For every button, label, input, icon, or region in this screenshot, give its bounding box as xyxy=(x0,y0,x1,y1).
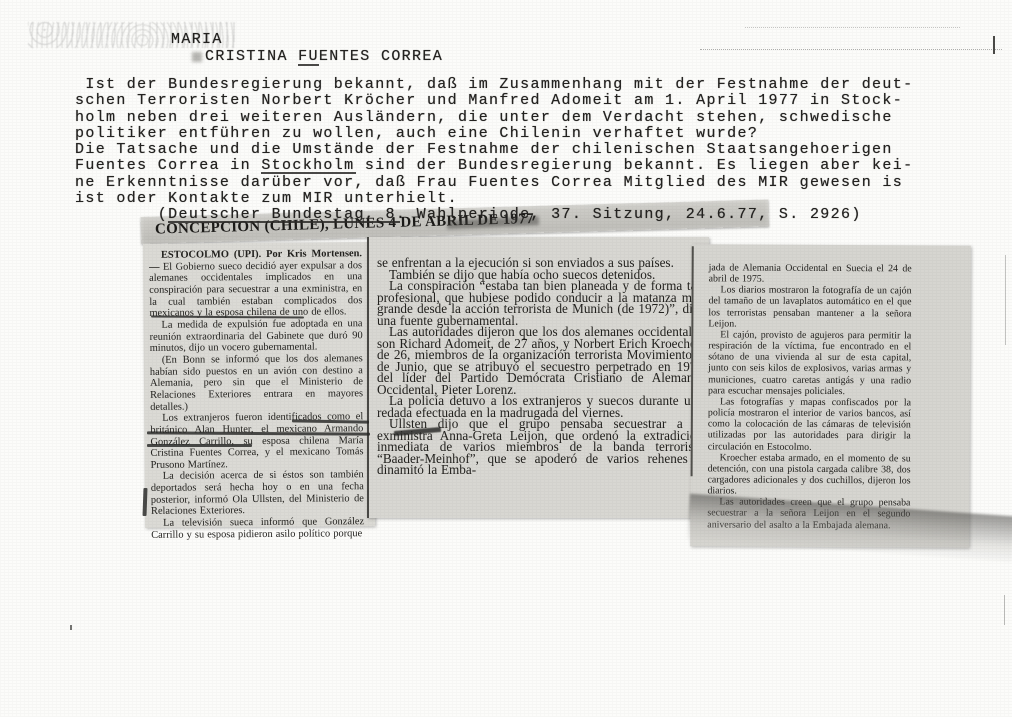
typed-line: ne Erkenntnisse darüber vor, daß Frau Fu… xyxy=(75,175,913,191)
article-paragraph: La medida de expulsión fue adoptada en u… xyxy=(149,318,362,355)
typed-underline-bundestag xyxy=(168,221,400,223)
article-paragraph: Las autoridades creen que el grupo pensa… xyxy=(707,497,910,532)
column-2-text: se enfrentan a la ejecución si son envia… xyxy=(377,257,703,476)
column-3-text: jada de Alemania Occidental en Suecia el… xyxy=(707,262,911,531)
article-paragraph: La televisión sueca informó que González… xyxy=(151,516,364,541)
typed-smudge xyxy=(192,52,202,62)
article-paragraph: Los diarios mostraron la fotografía de u… xyxy=(708,285,911,331)
scan-mark xyxy=(993,36,995,54)
newspaper-column-3: jada de Alemania Occidental en Suecia el… xyxy=(690,244,971,547)
typed-name-line-1: MARIA xyxy=(171,31,223,48)
scan-dotted-line xyxy=(745,27,960,28)
article-paragraph: jada de Alemania Occidental en Suecia el… xyxy=(709,262,912,285)
typed-line: schen Terroristen Norbert Kröcher und Ma… xyxy=(75,93,913,109)
typed-question-block: Ist der Bundesregierung bekannt, daß im … xyxy=(75,77,913,224)
typed-line: Die Tatsache und die Umstände der Festna… xyxy=(75,142,913,158)
typed-underline xyxy=(298,64,319,66)
scan-edge-line xyxy=(1005,255,1006,345)
scan-dotted-line xyxy=(700,49,1002,50)
column-1-paragraphs: La medida de expulsión fue adoptada en u… xyxy=(149,318,364,541)
newspaper-column-1: ESTOCOLMO (UPI). Por Kris Mortensen.— El… xyxy=(143,242,375,528)
typed-line: politiker entführen zu wollen, auch eine… xyxy=(75,126,913,142)
article-paragraph: Ullsten dijo que el grupo pensaba secues… xyxy=(377,418,703,476)
typed-underline-stockholm xyxy=(261,172,356,174)
typed-line: Fuentes Correa in Stockholm sind der Bun… xyxy=(75,158,913,174)
article-paragraph: La conspiración “estaba tan bien planead… xyxy=(377,280,703,326)
lead-body: El Gobierno sueco decidió ayer expulsar … xyxy=(149,260,362,319)
typed-line: holm neben drei weiteren Ausländern, die… xyxy=(75,110,913,126)
scanned-page: CONCEPCION (CHILE), LUNES 4 DE ABRIL DE … xyxy=(0,0,1012,717)
article-paragraph: La policía detuvo a los extranjeros y su… xyxy=(377,395,703,418)
lead-paragraph: ESTOCOLMO (UPI). Por Kris Mortensen.— El… xyxy=(149,248,363,320)
column-1-text: ESTOCOLMO (UPI). Por Kris Mortensen.— El… xyxy=(149,248,364,541)
typed-line: Ist der Bundesregierung bekannt, daß im … xyxy=(75,77,913,93)
article-paragraph: Kroecher estaba armado, en el momento de… xyxy=(707,452,910,498)
typed-name-line-2: CRISTINA FUENTES CORREA xyxy=(205,48,443,65)
article-paragraph: Las autoridades dijeron que los dos alem… xyxy=(377,326,703,395)
newspaper-column-2: se enfrentan a la ejecución si son envia… xyxy=(367,237,709,518)
scan-edge-line xyxy=(1004,595,1005,625)
article-paragraph: (En Bonn se informó que los dos alemanes… xyxy=(150,353,363,413)
article-paragraph: Las fotografías y mapas confiscados por … xyxy=(708,396,911,453)
typed-line: ist oder Kontakte zum MIR unterhielt. xyxy=(75,191,913,207)
scan-mark xyxy=(70,625,72,630)
pencil-underline xyxy=(147,444,252,447)
article-paragraph: El cajón, provisto de agujeros para perm… xyxy=(708,329,911,397)
article-paragraph: La decisión acerca de si éstos son tambi… xyxy=(151,470,364,518)
